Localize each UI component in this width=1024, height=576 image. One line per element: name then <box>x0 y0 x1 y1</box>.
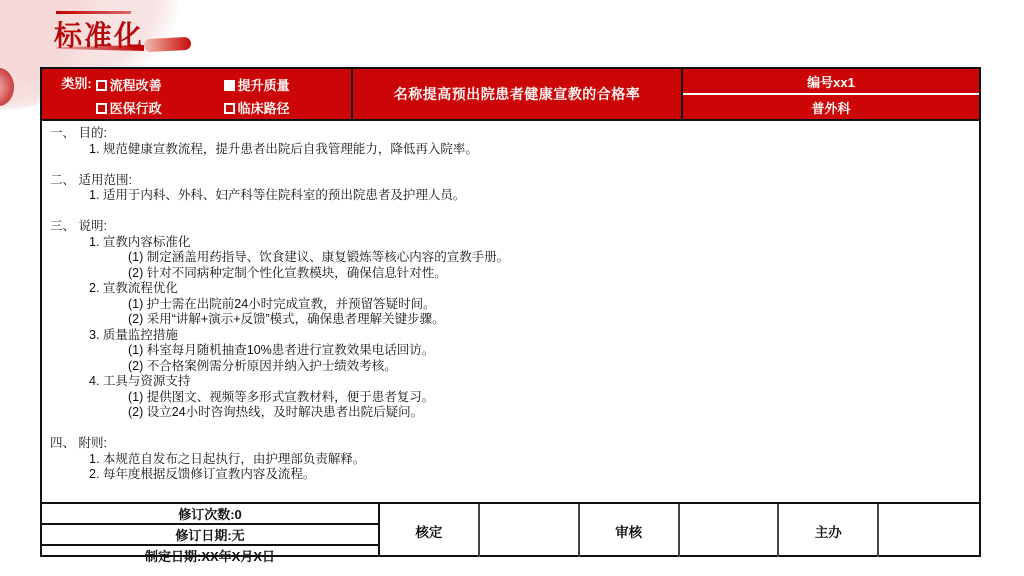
doc-department: 普外科 <box>683 95 979 119</box>
category-option-label: 医保行政 <box>110 99 162 118</box>
body-line: 2. 每年度根据反馈修订宣教内容及流程。 <box>42 467 979 483</box>
corner-red-dot-icon <box>0 68 14 106</box>
category-option: 流程改善 <box>96 74 224 96</box>
checkbox-empty-icon <box>96 80 107 91</box>
document-body: 一、 目的:1. 规范健康宣教流程，提升患者出院后自我管理能力，降低再入院率。二… <box>42 119 979 502</box>
standard-document-table: 类别: 流程改善提升质量医保行政临床路径 名称提高预出院患者健康宣教的合格率 编… <box>40 67 981 557</box>
body-line: 2. 宣教流程优化 <box>42 281 979 297</box>
category-label: 类别: <box>61 74 91 119</box>
body-line: 一、 目的: <box>42 126 979 142</box>
body-line: (1) 制定涵盖用药指导、饮食建议、康复锻炼等核心内容的宣教手册。 <box>42 250 979 266</box>
category-option-label: 提升质量 <box>238 76 290 95</box>
footer-signature-cell <box>680 504 780 557</box>
footer-signature-cell <box>480 504 580 557</box>
checkbox-checked-icon <box>224 80 235 91</box>
footer-signature-cell <box>879 504 979 557</box>
body-line: 二、 适用范围: <box>42 173 979 189</box>
footer-sign-cells: 核定审核主办 <box>380 504 979 557</box>
body-line: (1) 提供图文、视频等多形式宣教材料，便于患者复习。 <box>42 390 979 406</box>
table-header: 类别: 流程改善提升质量医保行政临床路径 名称提高预出院患者健康宣教的合格率 编… <box>42 69 979 119</box>
body-line: 三、 说明: <box>42 219 979 235</box>
body-line: (1) 护士需在出院前24小时完成宣教，并预留答疑时间。 <box>42 297 979 313</box>
body-line: (2) 针对不同病种定制个性化宣教模块，确保信息针对性。 <box>42 266 979 282</box>
checkbox-empty-icon <box>96 103 107 114</box>
body-line-blank <box>42 421 979 437</box>
project-name-cell: 名称提高预出院患者健康宣教的合格率 <box>353 69 683 119</box>
category-option: 医保行政 <box>96 97 224 119</box>
table-footer: 修订次数:0修订日期:无制定日期:XX年X月X日 核定审核主办 <box>42 502 979 557</box>
footer-role-cell: 核定 <box>380 504 480 557</box>
body-line: 四、 附则: <box>42 436 979 452</box>
body-line: (2) 不合格案例需分析原因并纳入护士绩效考核。 <box>42 359 979 375</box>
category-option: 提升质量 <box>224 74 332 96</box>
footer-revision-row: 修订日期:无 <box>42 525 378 546</box>
doc-number: 编号xx1 <box>683 69 979 95</box>
footer-revision-row: 修订次数:0 <box>42 504 378 525</box>
slide: 标准化 类别: 流程改善提升质量医保行政临床路径 名称提高预出院患者健康宣教的合… <box>0 0 1024 576</box>
body-line-blank <box>42 204 979 220</box>
body-line: 1. 宣教内容标准化 <box>42 235 979 251</box>
category-option: 临床路径 <box>224 97 332 119</box>
title-underline-accent-icon <box>144 37 192 52</box>
body-line: 1. 本规范自发布之日起执行，由护理部负责解释。 <box>42 452 979 468</box>
footer-revision-row: 制定日期:XX年X月X日 <box>42 546 378 565</box>
footer-role-cell: 审核 <box>580 504 680 557</box>
body-line: (2) 设立24小时咨询热线，及时解决患者出院后疑问。 <box>42 405 979 421</box>
footer-role-cell: 主办 <box>779 504 879 557</box>
number-department-cell: 编号xx1 普外科 <box>683 69 979 119</box>
checkbox-empty-icon <box>224 103 235 114</box>
body-line: (1) 科室每月随机抽查10%患者进行宣教效果电话回访。 <box>42 343 979 359</box>
footer-revision-block: 修订次数:0修订日期:无制定日期:XX年X月X日 <box>42 504 380 557</box>
body-line: 1. 规范健康宣教流程，提升患者出院后自我管理能力，降低再入院率。 <box>42 142 979 158</box>
body-line: 1. 适用于内科、外科、妇产科等住院科室的预出院患者及护理人员。 <box>42 188 979 204</box>
body-line: (2) 采用“讲解+演示+反馈”模式，确保患者理解关键步骤。 <box>42 312 979 328</box>
category-options: 流程改善提升质量医保行政临床路径 <box>96 74 332 119</box>
body-line-blank <box>42 157 979 173</box>
body-line: 4. 工具与资源支持 <box>42 374 979 390</box>
category-cell: 类别: 流程改善提升质量医保行政临床路径 <box>42 69 353 119</box>
body-line: 3. 质量监控措施 <box>42 328 979 344</box>
category-option-label: 流程改善 <box>110 76 162 95</box>
category-option-label: 临床路径 <box>238 99 290 118</box>
